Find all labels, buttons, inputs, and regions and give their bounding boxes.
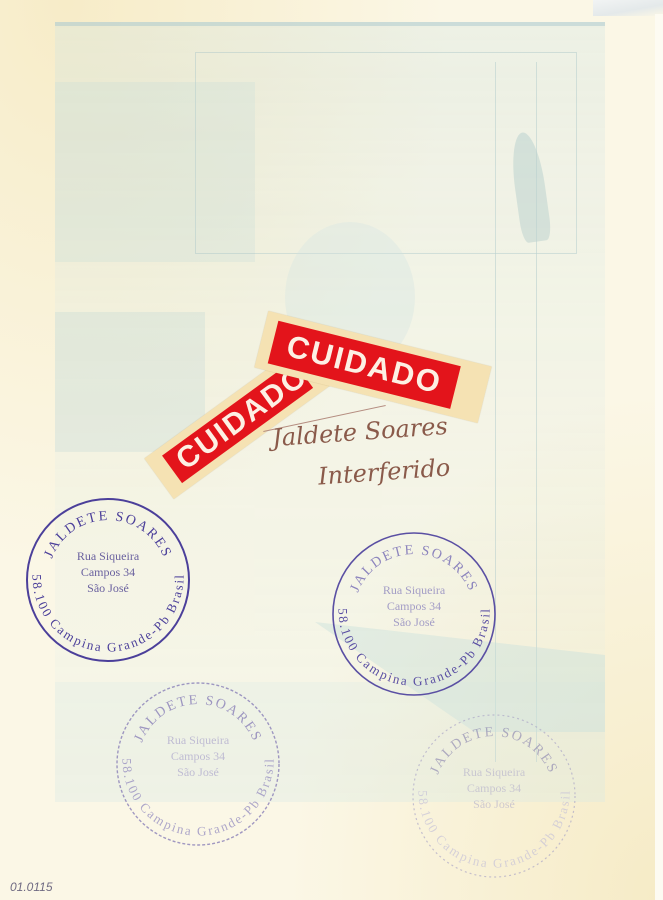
stamp-line-1: Rua Siqueira (114, 732, 282, 748)
stamp-2: JALDETE SOARES 58.100 Campina Grande-Pb … (330, 530, 498, 698)
stamp-1: JALDETE SOARES 58.100 Campina Grande-Pb … (24, 496, 192, 664)
corner-fold (593, 0, 663, 16)
stamp-line-2: Campos 34 (330, 598, 498, 614)
paper-edge (655, 14, 663, 900)
document-id: 01.0115 (10, 880, 53, 894)
stamp-3: JALDETE SOARES 58.100 Campina Grande-Pb … (114, 680, 282, 848)
stamp-4: JALDETE SOARES 58.100 Campina Grande-Pb … (410, 712, 578, 880)
stamp-line-3: São José (24, 580, 192, 596)
stamp-line-1: Rua Siqueira (330, 582, 498, 598)
stamp-line-1: Rua Siqueira (24, 548, 192, 564)
stamp-line-3: São José (330, 614, 498, 630)
stamp-line-2: Campos 34 (24, 564, 192, 580)
stamp-line-1: Rua Siqueira (410, 764, 578, 780)
stamp-line-3: São José (410, 796, 578, 812)
stamp-line-2: Campos 34 (114, 748, 282, 764)
ghost-top-bar (55, 22, 605, 26)
stamp-line-2: Campos 34 (410, 780, 578, 796)
stamp-line-3: São José (114, 764, 282, 780)
